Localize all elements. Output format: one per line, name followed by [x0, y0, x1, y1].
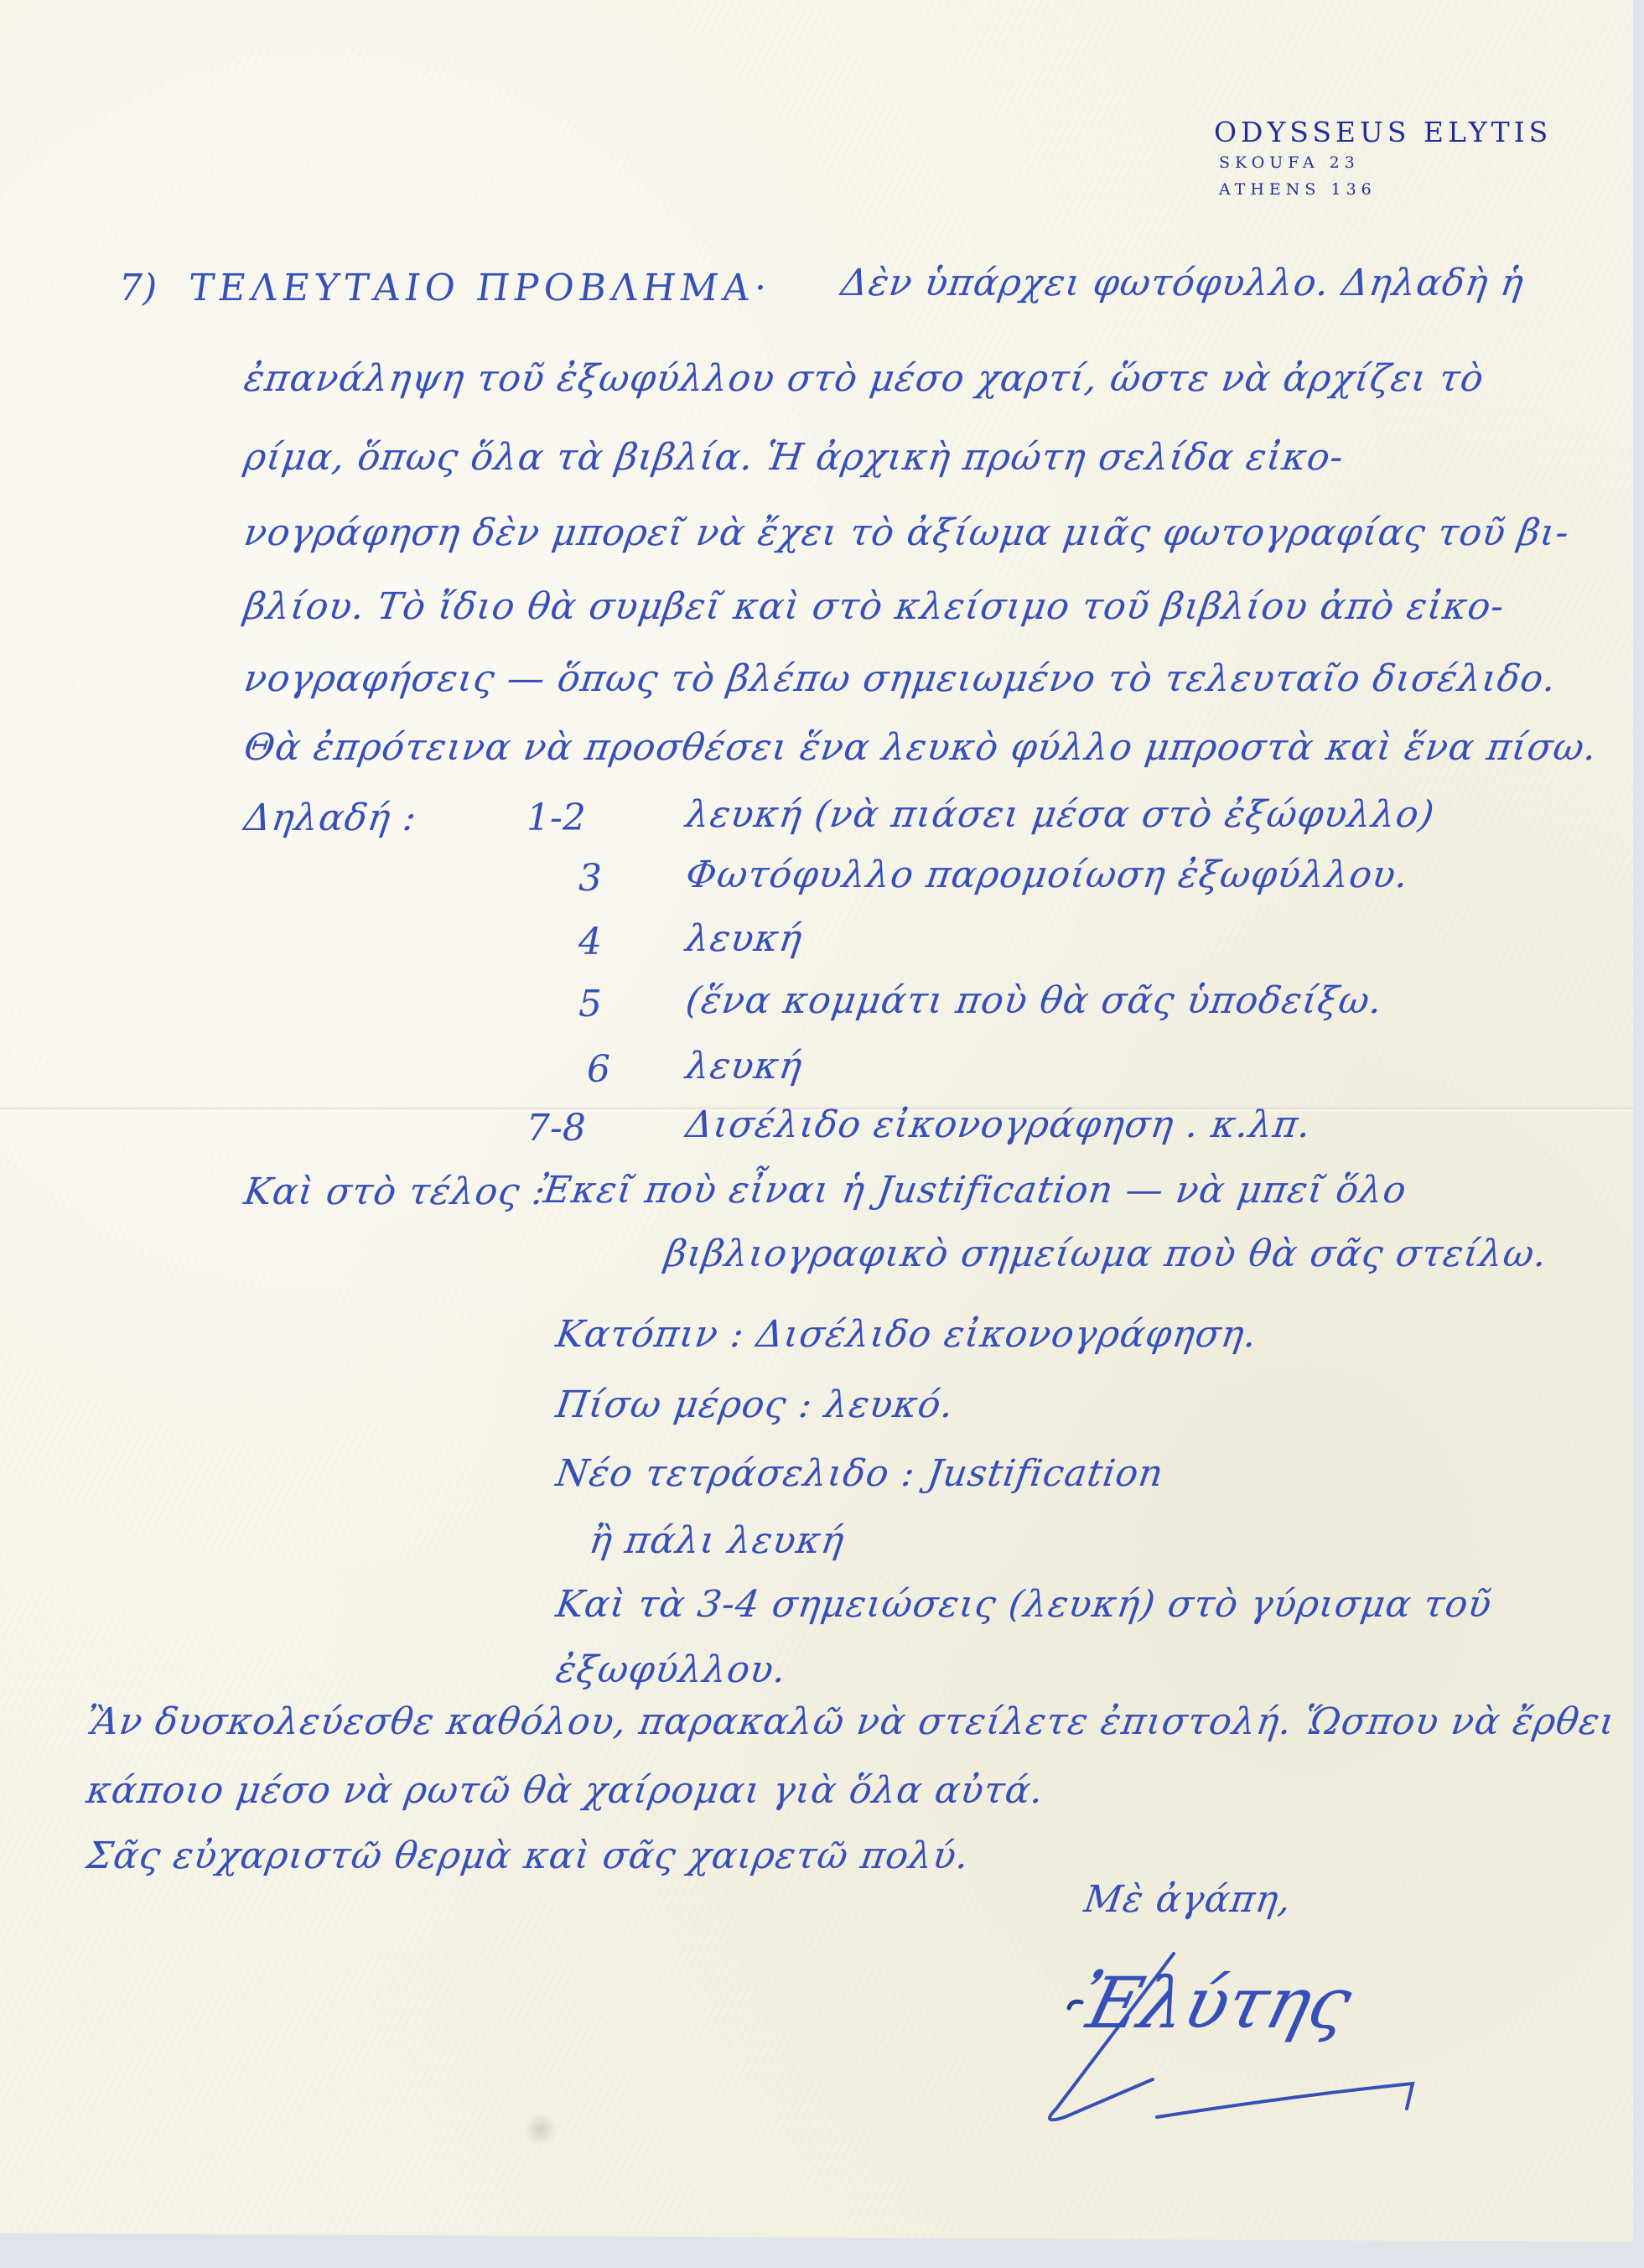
- point-heading: ΤΕΛΕΥΤΑΙΟ ΠΡΟΒΛΗΜΑ·: [186, 267, 774, 309]
- sub-item: ἢ πάλι λευκή: [587, 1519, 848, 1562]
- list-intro: Δηλαδή :: [241, 797, 420, 839]
- body-line-1: Δὲν ὑπάρχει φωτόφυλλο. Δηλαδὴ ἡ: [838, 262, 1527, 304]
- body-line-4: νογράφηση δὲν μπορεῖ νὰ ἔχει τὸ ἀξίωμα μ…: [241, 511, 1572, 554]
- list-item-number: 4: [578, 921, 602, 963]
- body-line-3: ρίμα, ὅπως ὅλα τὰ βιβλία. Ἡ ἀρχικὴ πρώτη…: [241, 436, 1346, 479]
- sub-item: ἐξωφύλλου.: [553, 1648, 789, 1691]
- body-line-7: Θὰ ἐπρότεινα νὰ προσθέσει ἕνα λευκὸ φύλλ…: [241, 726, 1600, 769]
- list-item-text: λευκή (νὰ πιάσει μέσα στὸ ἐξώφυλλο): [683, 793, 1438, 836]
- sub-item: Κατόπιν : Δισέλιδο εἰκονογράφηση.: [553, 1313, 1260, 1356]
- body-line-2: ἐπανάληψη τοῦ ἐξωφύλλου στὸ μέσο χαρτί, …: [241, 357, 1487, 400]
- list-item-text: λευκή: [683, 1045, 806, 1087]
- paper-smudge: [524, 2113, 558, 2146]
- closing-line-3: Σᾶς εὐχαριστῶ θερμὰ καὶ σᾶς χαιρετῶ πολύ…: [84, 1835, 972, 1877]
- letterhead-street: SKOUFA 23: [1219, 149, 1552, 176]
- letterhead-city: ATHENS 136: [1219, 176, 1552, 203]
- letterhead: ODYSSEUS ELYTIS SKOUFA 23 ATHENS 136: [1214, 116, 1552, 203]
- letterhead-name: ODYSSEUS ELYTIS: [1214, 116, 1552, 149]
- body-line-5: βλίου. Τὸ ἴδιο θὰ συμβεῖ καὶ στὸ κλείσιμ…: [241, 585, 1507, 628]
- end-intro: Καὶ στὸ τέλος :: [241, 1170, 549, 1213]
- list-item-number: 3: [578, 857, 602, 900]
- list-item-number: 1-2: [526, 797, 586, 839]
- sub-item: Πίσω μέρος : λευκό.: [553, 1383, 957, 1426]
- closing-line-1: Ἂν δυσκολεύεσθε καθόλου, παρακαλῶ νὰ στε…: [84, 1700, 1618, 1743]
- sub-item: Καὶ τὰ 3-4 σημειώσεις (λευκή) στὸ γύρισμ…: [553, 1583, 1495, 1626]
- valediction: Μὲ ἀγάπη,: [1081, 1878, 1294, 1921]
- list-item-number: 7-8: [526, 1107, 586, 1150]
- letter-paper: ODYSSEUS ELYTIS SKOUFA 23 ATHENS 136 7) …: [0, 0, 1633, 2242]
- list-item-text: Δισέλιδο εἰκονογράφηση . κ.λπ.: [683, 1103, 1314, 1146]
- body-line-6: νογραφήσεις — ὅπως τὸ βλέπω σημειωμένο τ…: [241, 657, 1559, 700]
- point-number: 7): [119, 267, 157, 309]
- list-item-number: 5: [578, 983, 602, 1025]
- signature: Ἐλύτης: [1006, 1937, 1475, 2134]
- sub-item: Νέο τετράσελιδο : Justification: [553, 1452, 1166, 1495]
- list-item-text: Φωτόφυλλο παρομοίωση ἐξωφύλλου.: [683, 854, 1412, 896]
- signature-name: Ἐλύτης: [1071, 1962, 1360, 2044]
- end-line-2: βιβλιογραφικὸ σημείωμα ποὺ θὰ σᾶς στείλω…: [662, 1233, 1550, 1275]
- list-item-number: 6: [587, 1048, 610, 1091]
- list-item-text: (ἕνα κομμάτι ποὺ θὰ σᾶς ὑποδείξω.: [683, 979, 1386, 1022]
- end-line-1: Ἐκεῖ ποὺ εἶναι ἡ Justification — νὰ μπεῖ…: [537, 1169, 1409, 1212]
- closing-line-2: κάποιο μέσο νὰ ρωτῶ θὰ χαίρομαι γιὰ ὅλα …: [84, 1769, 1047, 1812]
- list-item-text: λευκή: [683, 917, 806, 960]
